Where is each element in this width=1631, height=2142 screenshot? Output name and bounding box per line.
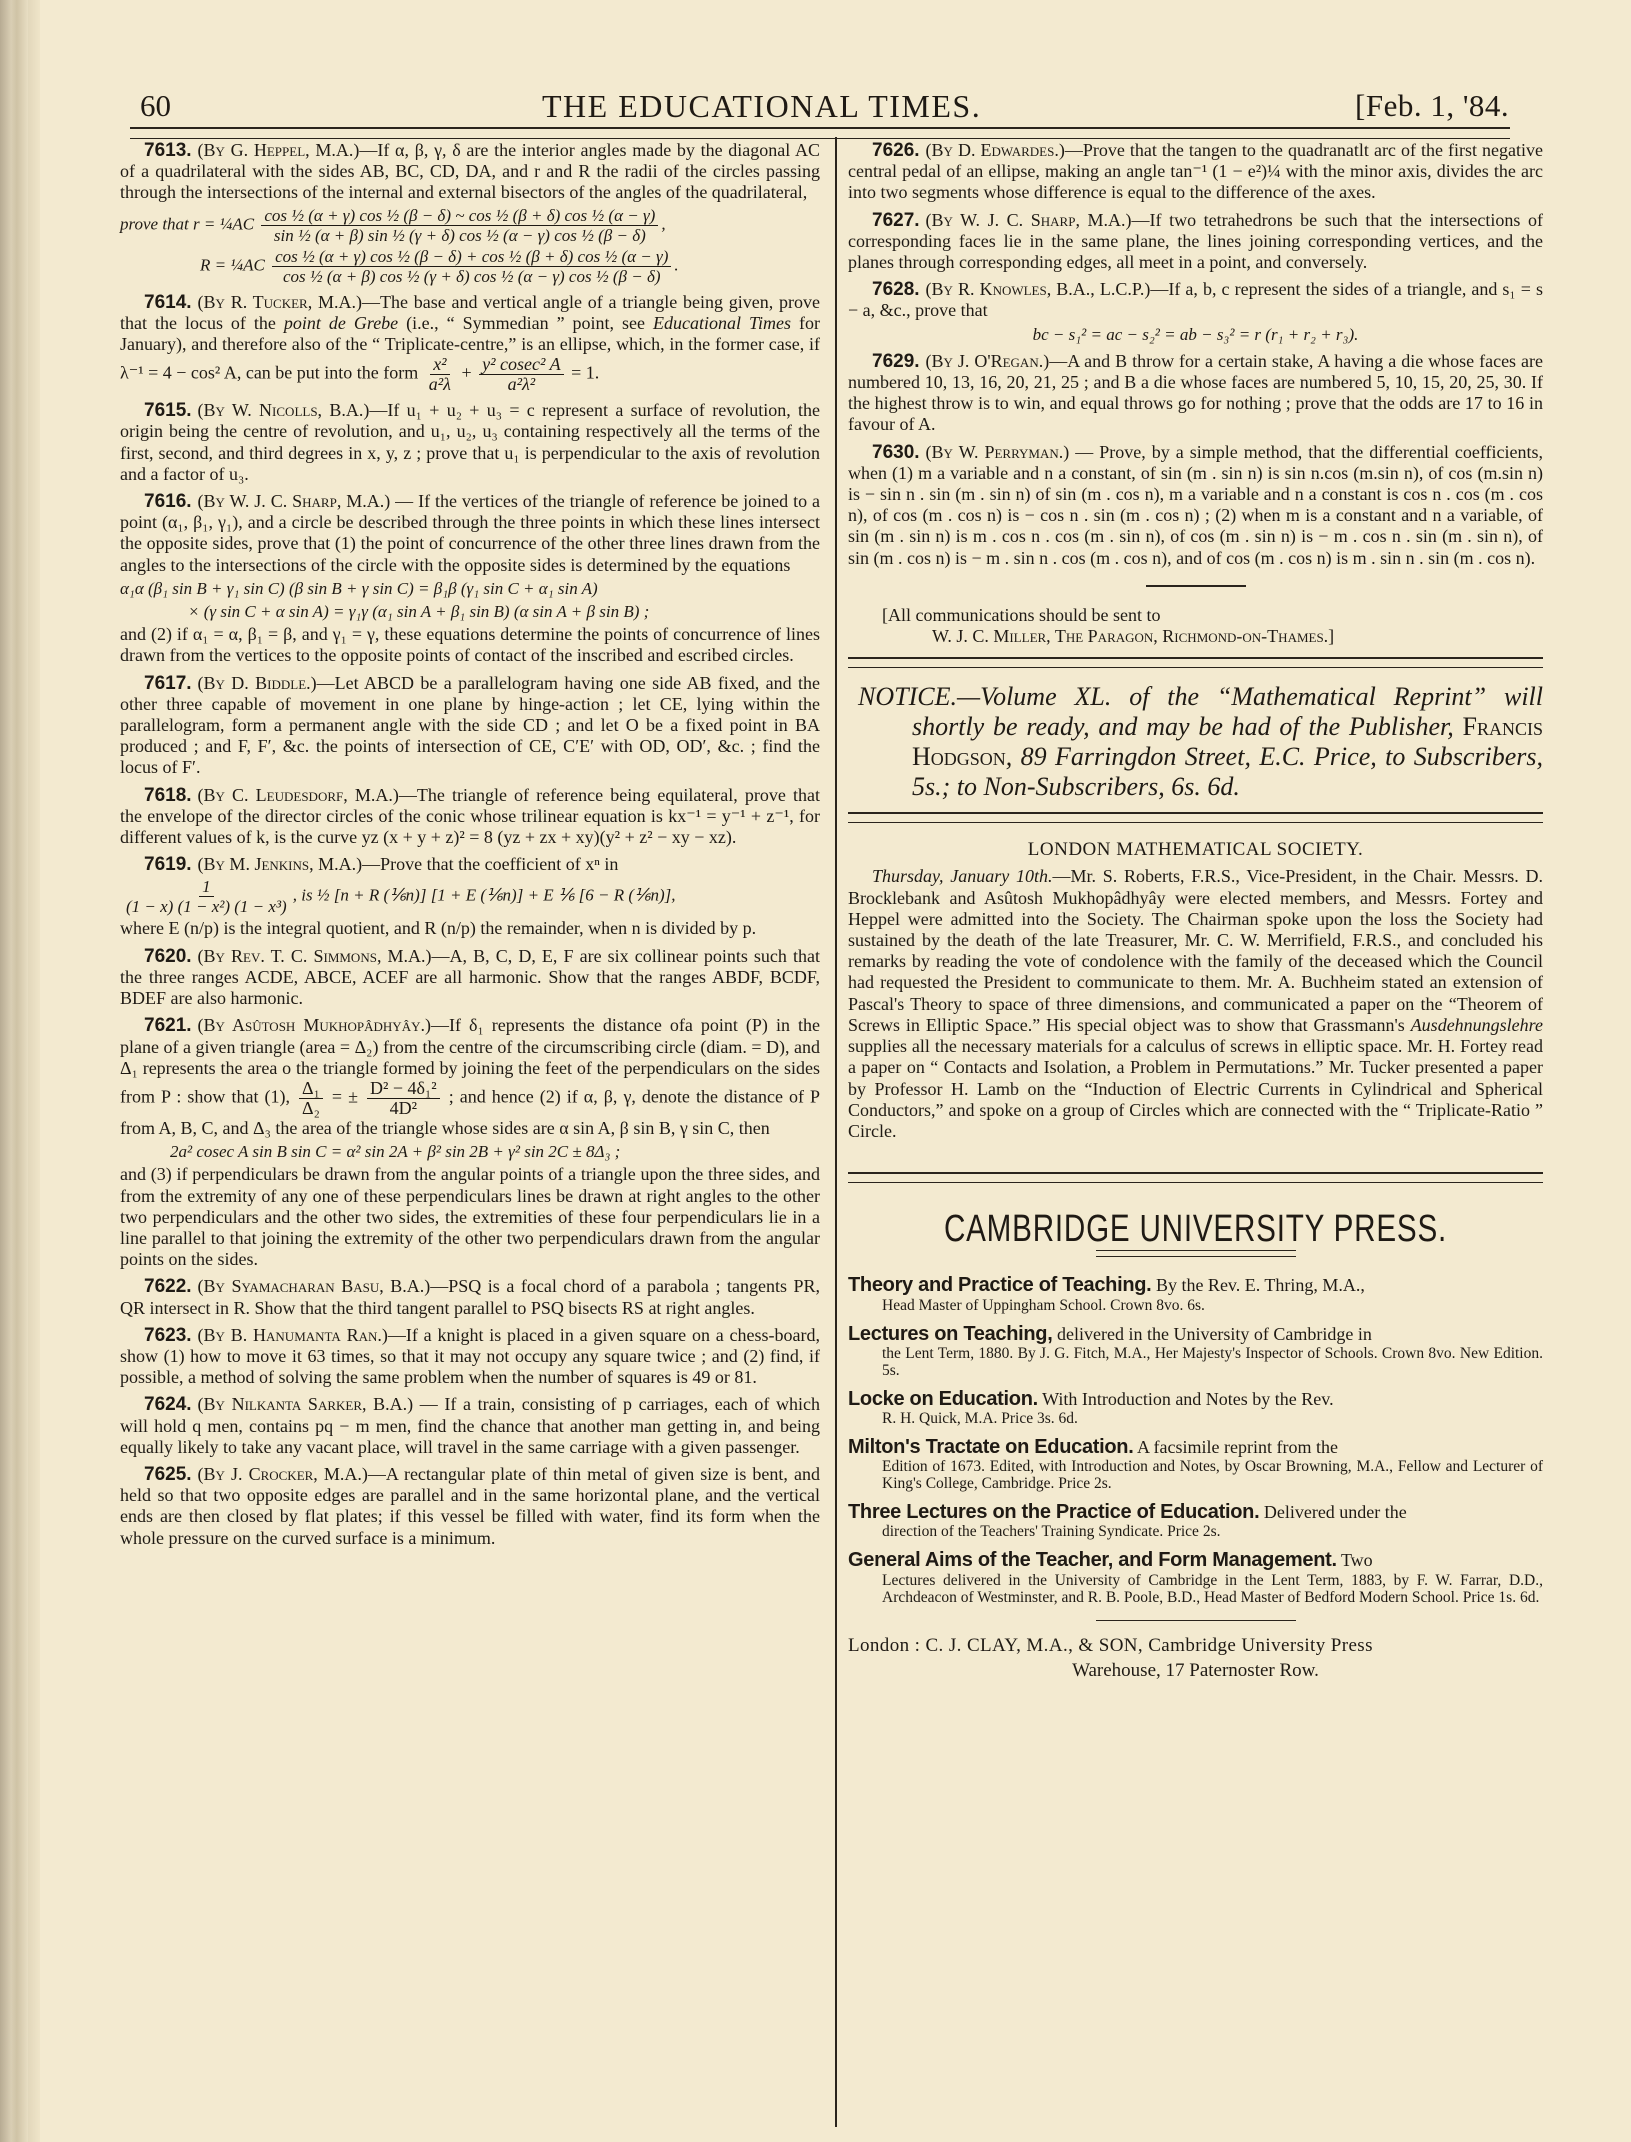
question-number: 7628.: [872, 279, 920, 300]
question-7628: 7628.(By R. Knowles, B.A., L.C.P.)—If a,…: [848, 279, 1543, 345]
book-title: Theory and Practice of Teaching.: [848, 1274, 1151, 1296]
communications-line-2: W. J. C. Miller, The Paragon, Richmond-o…: [848, 626, 1543, 647]
book-details: the Lent Term, 1880. By J. G. Fitch, M.A…: [848, 1345, 1543, 1379]
question-author: (By G. Heppel, M.A.): [198, 140, 360, 160]
numerator: y² cosec² A: [479, 355, 563, 375]
denominator: sin ½ (α + β) sin ½ (γ + δ) cos ½ (α − γ…: [271, 226, 649, 245]
question-text: = 1.: [567, 363, 600, 383]
italic-term: Ausdehnungslehre: [1411, 1015, 1543, 1035]
lms-report: Thursday, January 10th.—Mr. S. Roberts, …: [848, 866, 1543, 1142]
lms-date: Thursday, January 10th.: [872, 866, 1053, 886]
question-number: 7621.: [144, 1015, 192, 1036]
question-number: 7625.: [144, 1464, 192, 1485]
cup-title: CAMBRIDGE UNIVERSITY PRESS.: [924, 1219, 1466, 1240]
denominator: 4D²: [387, 1099, 420, 1118]
book-desc: delivered in the University of Cambridge…: [1052, 1324, 1371, 1344]
question-7613: 7613.(By G. Heppel, M.A.)—If α, β, γ, δ …: [120, 140, 820, 286]
question-7620: 7620.(By Rev. T. C. Simmons, M.A.)—A, B,…: [120, 946, 820, 1010]
question-7621: 7621.(By Asûtosh Mukhopâdhyây.)—If δ₁ re…: [120, 1015, 820, 1270]
book-desc: Two: [1337, 1550, 1373, 1570]
communications-line-1: [All communications should be sent to: [848, 605, 1543, 626]
question-text: —Prove that the coefficient of xⁿ in: [362, 854, 618, 874]
question-number: 7616.: [144, 491, 192, 512]
book-title: Three Lectures on the Practice of Educat…: [848, 1501, 1259, 1523]
book-list: Theory and Practice of Teaching. By the …: [848, 1275, 1543, 1605]
fraction: 1(1 − x) (1 − x²) (1 − x³): [123, 877, 290, 916]
right-column: 7626.(By D. Edwardes.)—Prove that the ta…: [848, 140, 1543, 1681]
cup-rule-top: [848, 1172, 1543, 1183]
denominator: Δ₂: [299, 1099, 323, 1118]
lms-title: LONDON MATHEMATICAL SOCIETY.: [848, 839, 1543, 860]
fraction: cos ½ (α + γ) cos ½ (β − δ) + cos ½ (β +…: [272, 247, 671, 286]
section-divider: [1146, 585, 1246, 587]
formula: 1(1 − x) (1 − x²) (1 − x³), is ½ [n + R …: [120, 877, 820, 916]
question-author: (By J. Crocker, M.A.): [198, 1464, 368, 1484]
publisher-line-2: Warehouse, 17 Paternoster Row.: [848, 1660, 1543, 1681]
book-title: Milton's Tractate on Education.: [848, 1436, 1134, 1458]
question-number: 7619.: [144, 854, 192, 875]
numerator: 1: [199, 877, 214, 897]
notice-rule-top: [848, 657, 1543, 668]
equation: α₁α (β₁ sin B + γ₁ sin C) (β sin B + γ s…: [120, 578, 820, 599]
book-desc: By the Rev. E. Thring, M.A.,: [1151, 1275, 1365, 1295]
question-text: and (3) if perpendiculars be drawn from …: [120, 1164, 820, 1269]
fraction: Δ₁Δ₂: [299, 1079, 323, 1118]
question-author: (By J. O'Regan.): [926, 351, 1050, 371]
question-author: (By Asûtosh Mukhopâdhyây.): [198, 1015, 431, 1035]
notice-text: NOTICE.—Volume XL. of the “Mathematical …: [858, 682, 1543, 741]
denominator: cos ½ (α + β) cos ½ (γ + δ) cos ½ (α − γ…: [280, 267, 664, 286]
book-details: R. H. Quick, M.A. Price 3s. 6d.: [848, 1410, 1543, 1427]
question-author: (By W. J. C. Sharp, M.A.): [198, 491, 391, 511]
book-title: Lectures on Teaching,: [848, 1323, 1052, 1345]
book-details: Lectures delivered in the University of …: [848, 1572, 1543, 1606]
fraction: cos ½ (α + γ) cos ½ (β − δ) ~ cos ½ (β +…: [261, 206, 658, 245]
question-number: 7617.: [144, 673, 192, 694]
equation: × (γ sin C + α sin A) = γ₁γ (α₁ sin A + …: [120, 601, 820, 622]
formula-rhs: , is ½ [n + R (⅙n)] [1 + E (⅙n)] + E ⅙ […: [293, 886, 676, 905]
fraction: x²a²λ: [426, 355, 454, 394]
operator: = ±: [326, 1087, 364, 1107]
question-author: (By Rev. T. C. Simmons, M.A.): [198, 946, 432, 966]
question-7615: 7615.(By W. Nicolls, B.A.)—If u₁ + u₂ + …: [120, 400, 820, 485]
book-desc: A facsimile reprint from the: [1134, 1437, 1338, 1457]
book-details: direction of the Teachers' Training Synd…: [848, 1523, 1543, 1540]
question-author: (By M. Jenkins, M.A.): [198, 854, 363, 874]
notice-rule-bottom: [848, 812, 1543, 823]
notice: NOTICE.—Volume XL. of the “Mathematical …: [858, 682, 1543, 802]
question-number: 7629.: [872, 351, 920, 372]
question-author: (By C. Leudesdorf, M.A.): [198, 785, 399, 805]
masthead: 60 THE EDUCATIONAL TIMES. [Feb. 1, '84.: [110, 78, 1510, 130]
fraction: y² cosec² Aa²λ²: [479, 355, 563, 394]
question-number: 7618.: [144, 785, 192, 806]
question-7626: 7626.(By D. Edwardes.)—Prove that the ta…: [848, 140, 1543, 204]
question-author: (By W. Perryman.): [926, 442, 1070, 462]
question-author: (By Syamacharan Basu, B.A.): [198, 1276, 431, 1296]
formula-lhs: R = ¼AC: [200, 255, 265, 274]
publisher-rule: [1096, 1620, 1296, 1622]
equation: bc − s₁² = ac − s₂² = ab − s₃² = r (r₁ +…: [848, 324, 1543, 345]
lms-text: —Mr. S. Roberts, F.R.S., Vice-President,…: [848, 866, 1543, 1034]
question-7614: 7614.(By R. Tucker, M.A.)—The base and v…: [120, 292, 820, 395]
question-author: (By Nilkanta Sarker, B.A.): [198, 1394, 414, 1414]
book-item: Lectures on Teaching, delivered in the U…: [848, 1324, 1543, 1379]
question-number: 7627.: [872, 210, 920, 231]
formula-r: prove that r = ¼AC cos ½ (α + γ) cos ½ (…: [120, 206, 820, 245]
question-7618: 7618.(By C. Leudesdorf, M.A.)—The triang…: [120, 785, 820, 849]
book-details: Head Master of Uppingham School. Crown 8…: [848, 1297, 1543, 1314]
question-7625: 7625.(By J. Crocker, M.A.)—A rectangular…: [120, 1464, 820, 1549]
journal-title: THE EDUCATIONAL TIMES.: [542, 88, 981, 125]
question-author: (By B. Hanumanta Ran.): [198, 1325, 388, 1345]
book-item: Theory and Practice of Teaching. By the …: [848, 1275, 1543, 1313]
book-binding-edge: [0, 0, 29, 2142]
issue-date: [Feb. 1, '84.: [1355, 88, 1509, 124]
question-author: (By W. J. C. Sharp, M.A.): [926, 210, 1132, 230]
question-number: 7630.: [872, 442, 920, 463]
formula-R: R = ¼AC cos ½ (α + γ) cos ½ (β − δ) + co…: [120, 247, 820, 286]
italic-term: Educational Times: [653, 313, 791, 333]
numerator: cos ½ (α + γ) cos ½ (β − δ) + cos ½ (β +…: [272, 247, 671, 267]
masthead-rule: [130, 127, 1510, 139]
operator: +: [457, 363, 476, 383]
question-text: where E (n/p) is the integral quotient, …: [120, 918, 756, 938]
numerator: x²: [430, 355, 449, 375]
fraction: D² − 4δ₁²4D²: [367, 1079, 440, 1118]
question-text: (i.e., “ Symmedian ” point, see: [398, 313, 653, 333]
question-number: 7620.: [144, 946, 192, 967]
book-item: General Aims of the Teacher, and Form Ma…: [848, 1550, 1543, 1605]
formula-lhs: prove that r = ¼AC: [120, 214, 254, 233]
book-desc: Delivered under the: [1259, 1502, 1406, 1522]
question-author: (By D. Biddle.): [198, 673, 317, 693]
italic-term: point de Grebe: [284, 313, 398, 333]
publisher-line-1: London : C. J. CLAY, M.A., & SON, Cambri…: [848, 1635, 1543, 1656]
newspaper-page: 60 THE EDUCATIONAL TIMES. [Feb. 1, '84. …: [110, 70, 1540, 2130]
question-7619: 7619.(By M. Jenkins, M.A.)—Prove that th…: [120, 854, 820, 939]
question-number: 7614.: [144, 292, 192, 313]
question-text: and (2) if α₁ = α, β₁ = β, and γ₁ = γ, t…: [120, 624, 820, 665]
question-number: 7615.: [144, 400, 192, 421]
numerator: Δ₁: [299, 1079, 323, 1099]
denominator: a²λ²: [505, 375, 539, 394]
page-gutter: [28, 0, 40, 2142]
left-column: 7613.(By G. Heppel, M.A.)—If α, β, γ, δ …: [120, 140, 820, 1555]
question-number: 7623.: [144, 1325, 192, 1346]
question-author: (By R. Tucker, M.A.): [198, 292, 362, 312]
book-item: Three Lectures on the Practice of Educat…: [848, 1502, 1543, 1540]
question-number: 7624.: [144, 1394, 192, 1415]
question-author: (By W. Nicolls, B.A.): [198, 400, 370, 420]
question-author: (By D. Edwardes.): [926, 140, 1065, 160]
lms-text: supplies all the necessary materials for…: [848, 1036, 1543, 1141]
book-title: Locke on Education.: [848, 1388, 1038, 1410]
question-7616: 7616.(By W. J. C. Sharp, M.A.) — If the …: [120, 491, 820, 667]
numerator: D² − 4δ₁²: [367, 1079, 440, 1099]
book-desc: With Introduction and Notes by the Rev.: [1038, 1389, 1334, 1409]
question-7630: 7630.(By W. Perryman.) — Prove, by a sim…: [848, 442, 1543, 569]
book-item: Locke on Education. With Introduction an…: [848, 1389, 1543, 1427]
book-details: Edition of 1673. Edited, with Introducti…: [848, 1458, 1543, 1492]
question-author: (By R. Knowles, B.A., L.C.P.): [926, 279, 1151, 299]
question-7629: 7629.(By J. O'Regan.)—A and B throw for …: [848, 351, 1543, 436]
question-7623: 7623.(By B. Hanumanta Ran.)—If a knight …: [120, 1325, 820, 1389]
book-title: General Aims of the Teacher, and Form Ma…: [848, 1549, 1337, 1571]
question-number: 7622.: [144, 1276, 192, 1297]
cup-title-rule: [1096, 1250, 1296, 1257]
question-7622: 7622.(By Syamacharan Basu, B.A.)—PSQ is …: [120, 1276, 820, 1318]
book-item: Milton's Tractate on Education. A facsim…: [848, 1437, 1543, 1492]
page-number: 60: [140, 88, 171, 124]
question-7624: 7624.(By Nilkanta Sarker, B.A.) — If a t…: [120, 1394, 820, 1458]
question-number: 7626.: [872, 140, 920, 161]
equation: 2a² cosec A sin B sin C = α² sin 2A + β²…: [120, 1141, 820, 1162]
question-7627: 7627.(By W. J. C. Sharp, M.A.)—If two te…: [848, 210, 1543, 274]
denominator: a²λ: [426, 375, 454, 394]
column-divider: [835, 137, 837, 2127]
denominator: (1 − x) (1 − x²) (1 − x³): [123, 897, 290, 916]
numerator: cos ½ (α + γ) cos ½ (β − δ) ~ cos ½ (β +…: [261, 206, 658, 226]
question-number: 7613.: [144, 140, 192, 161]
notice-text: , 89 Farringdon Street, E.C. Price, to S…: [912, 742, 1543, 801]
question-7617: 7617.(By D. Biddle.)—Let ABCD be a paral…: [120, 673, 820, 779]
